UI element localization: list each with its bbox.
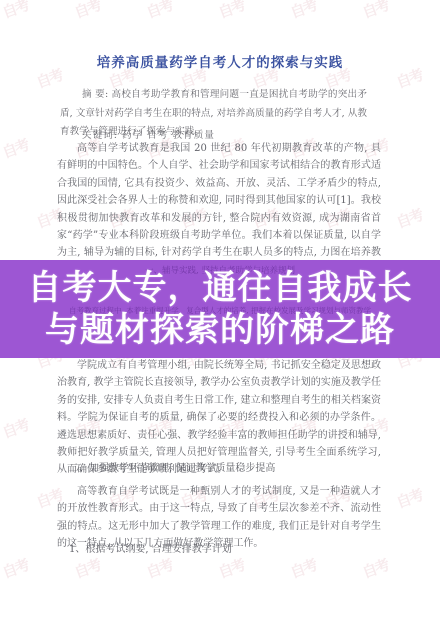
keywords-line: 关键词: 药学 自考 教育质量	[82, 127, 215, 141]
subsection-heading-1: 1、根据考试纲要, 合理安排教学计划	[57, 540, 381, 555]
overlay-banner-title-line-2: 与题材探索的阶梯之路	[45, 310, 395, 350]
overlay-banner: 一、辅导实践, 坚持自考助学与培养规划 自考教育过程中, 本着注重提升学、复合型…	[0, 260, 440, 358]
section-heading-2: 二、加强教学环节管理, 保证教学质量稳步提高	[57, 459, 381, 474]
paragraph-intro: 高等自学考试教育是我国 20 世纪 80 年代初期教育改革的产物, 具有鲜明的中…	[57, 140, 381, 279]
paper-title: 培养高质量药学自考人才的探索与实践	[0, 51, 440, 71]
overlay-banner-title-line-1: 自考大专，通往自我成长	[28, 268, 413, 308]
overlay-banner-title: 自考大专，通往自我成长 与题材探索的阶梯之路	[0, 260, 440, 358]
document-page: 自考自考自考自考自考自考自考自考自考自考自考自考自考自考自考自考自考自考自考自考…	[0, 0, 440, 620]
